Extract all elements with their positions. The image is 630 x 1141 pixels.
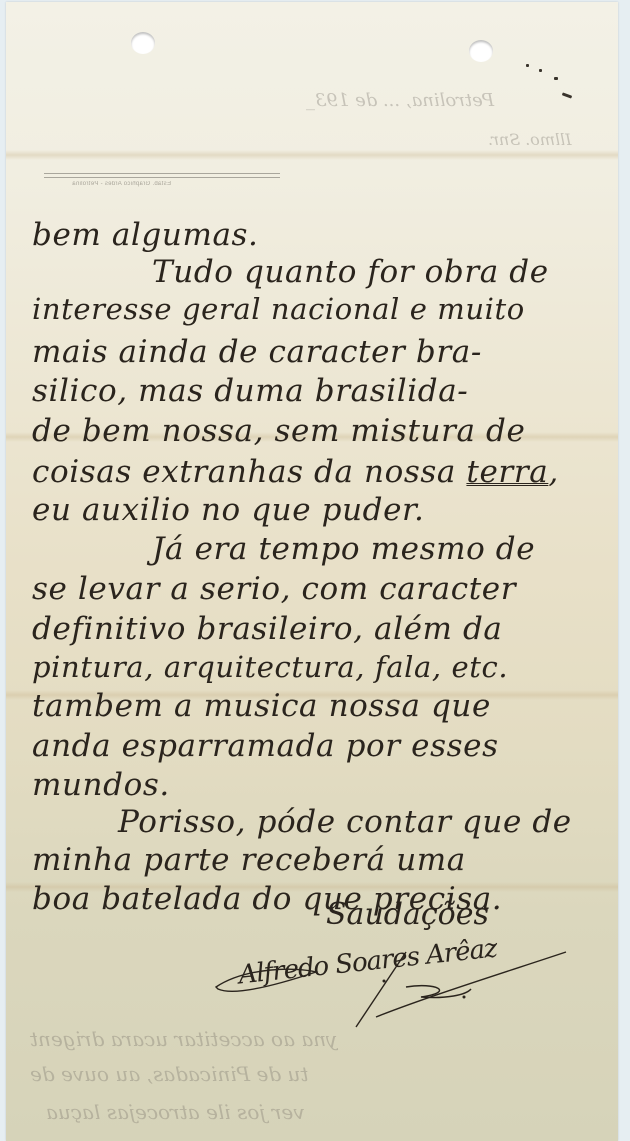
letter-line: definitivo brasileiro, além da bbox=[32, 609, 503, 649]
letter-line: interesse geral nacional e muito bbox=[32, 289, 525, 329]
letter-line: se levar a serio, com caracter bbox=[32, 569, 516, 609]
letterhead-rule bbox=[44, 173, 280, 178]
punch-hole-right bbox=[469, 40, 493, 62]
letter-line: pintura, arquitectura, fala, etc. bbox=[32, 647, 508, 687]
ink-mark bbox=[562, 92, 572, 98]
letter-line: coisas extranhas da nossa terra, bbox=[32, 452, 559, 492]
letter-line: de bem nossa, sem mistura de bbox=[32, 411, 525, 451]
letter-page: Petrolina, ... de 193_ Illmo. Snr. Estab… bbox=[6, 2, 618, 1141]
ink-mark bbox=[539, 69, 542, 72]
punctuation: , bbox=[548, 454, 558, 490]
bleed-through-text: yna ao accetitar ucara drigent bbox=[30, 1027, 337, 1051]
letter-line: mais ainda de caracter bra- bbox=[32, 332, 482, 372]
letter-line: eu auxilio no que puder. bbox=[32, 490, 425, 530]
letter-line: Porisso, póde contar que de bbox=[118, 802, 572, 842]
letter-line: tambem a musica nossa que bbox=[32, 686, 491, 726]
ink-mark bbox=[526, 64, 529, 67]
letter-line: Já era tempo mesmo de bbox=[152, 529, 535, 569]
letter-line: minha parte receberá uma bbox=[32, 840, 466, 880]
underlined-word: terra bbox=[466, 454, 548, 490]
letter-line: anda esparramada por esses bbox=[32, 726, 499, 766]
letter-line: silico, mas duma brasilida- bbox=[32, 371, 468, 411]
letter-line: Tudo quanto for obra de bbox=[152, 252, 549, 292]
letterhead-caption: Estab. Graphico Ardes - Petrolina bbox=[72, 181, 171, 187]
bleed-through-text: tu de Pinicadas, au ouve de bbox=[30, 1062, 308, 1086]
punch-hole-left bbox=[131, 32, 155, 54]
bleed-through-text: ver jos ile atrocejas laçua bbox=[46, 1100, 305, 1124]
letter-line-text: coisas extranhas da nossa bbox=[32, 454, 466, 490]
paper-fold bbox=[6, 150, 618, 160]
letter-line: bem algumas. bbox=[32, 215, 259, 255]
letterhead-salutation: Illmo. Snr. bbox=[488, 130, 572, 149]
letterhead-place-date: Petrolina, ... de 193_ bbox=[306, 90, 494, 111]
letter-line: mundos. bbox=[32, 765, 170, 805]
ink-mark bbox=[554, 77, 558, 80]
